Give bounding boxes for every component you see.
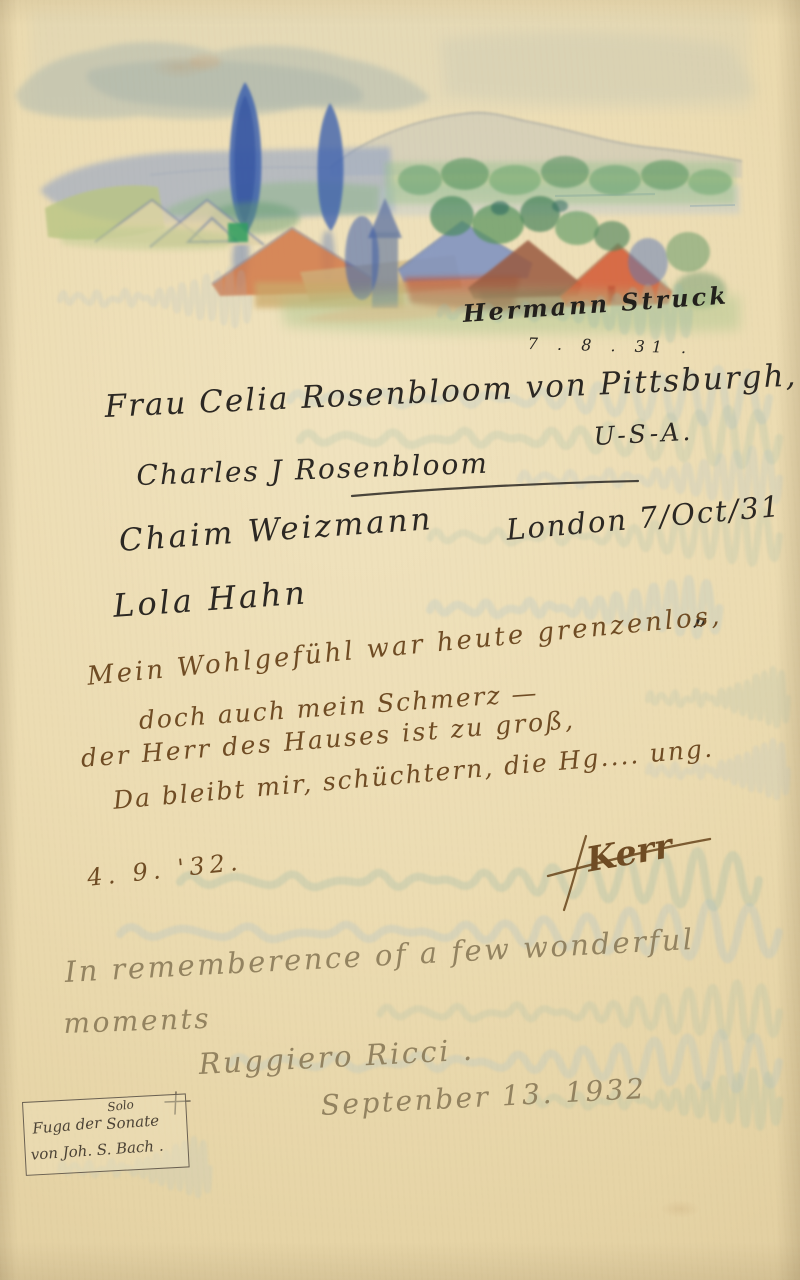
- label-text-part1: Fuga der: [32, 1114, 102, 1138]
- guestbook-page: Hermann Struck 7 . 8 . 31 . Frau Celia R…: [0, 0, 800, 1280]
- label-text-part2: Sonate: [106, 1111, 160, 1133]
- pasted-label-note: Fuga der Solo Sonate von Joh. S. Bach .: [22, 1093, 190, 1175]
- label-inserted-word: Solo: [107, 1097, 135, 1114]
- ricci-dedication-line2: moments: [63, 1005, 212, 1038]
- entry-celia-rosenbloom-line2: U-S-A.: [593, 419, 694, 449]
- label-text-line2: von Joh. S. Bach .: [30, 1137, 164, 1164]
- painting-date: 7 . 8 . 31 .: [528, 336, 694, 356]
